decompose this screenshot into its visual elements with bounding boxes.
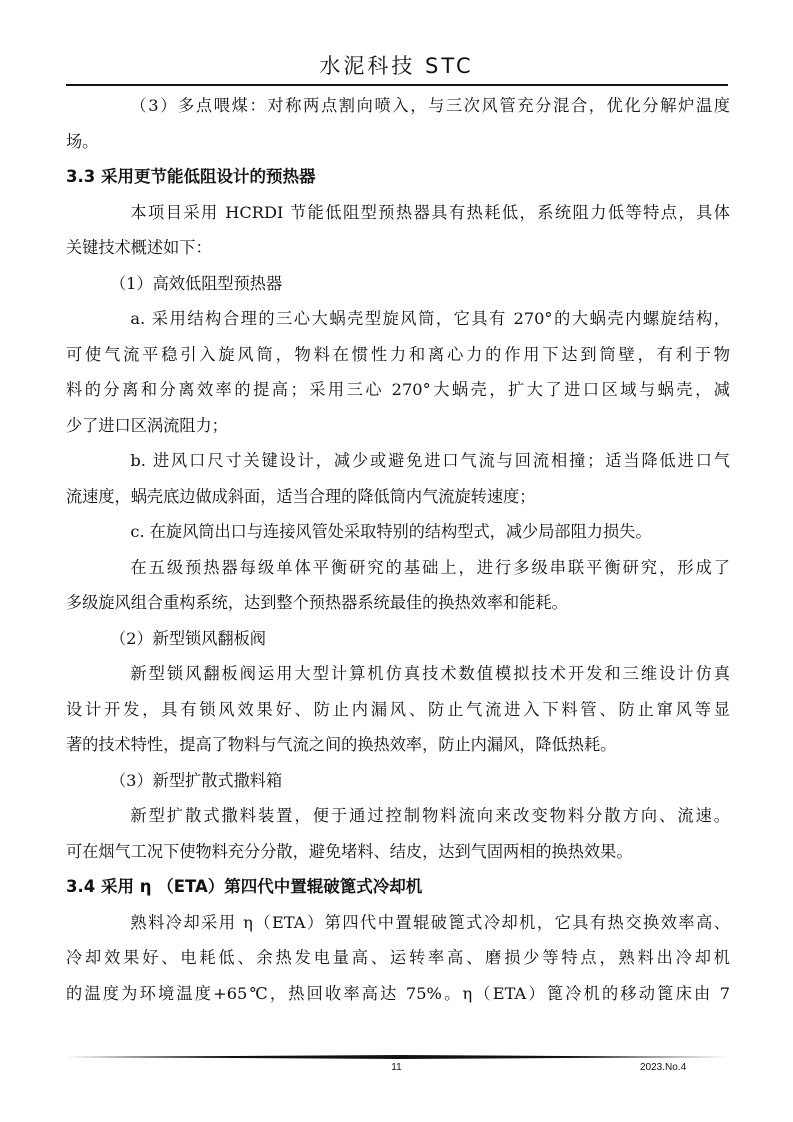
text-line: 多级旋风组合重构系统，达到整个预热器系统最佳的换热效率和能耗。 [66, 585, 730, 621]
text-line: 著的技术特性，提高了物料与气流之间的换热效率，防止内漏风，降低热耗。 [66, 727, 730, 763]
header-rule [66, 84, 728, 86]
text-line: 新型锁风翻板阀运用大型计算机仿真技术数值模拟技术开发和三维设计仿真 [66, 656, 730, 692]
text-line: 可使气流平稳引入旋风筒，物料在惯性力和离心力的作用下达到筒壁，有利于物 [66, 337, 730, 373]
article-body: （3）多点喂煤：对称两点割向喷入，与三次风管充分混合，优化分解炉温度 场。 3.… [66, 88, 730, 1011]
text-line: 少了进口区涡流阻力； [66, 408, 730, 444]
subsection-title: （1）高效低阻型预热器 [66, 266, 730, 302]
text-line: 在五级预热器每级单体平衡研究的基础上，进行多级串联平衡研究，形成了 [66, 550, 730, 586]
text-line: a. 采用结构合理的三心大蜗壳型旋风筒，它具有 270°的大蜗壳内螺旋结构， [66, 301, 730, 337]
text-line: 料的分离和分离效率的提高；采用三心 270°大蜗壳，扩大了进口区域与蜗壳，减 [66, 372, 730, 408]
text-line: b. 进风口尺寸关键设计，减少或避免进口气流与回流相撞；适当降低进口气 [66, 443, 730, 479]
text-line: 可在烟气工况下使物料充分分散，避免堵料、结皮，达到气固两相的换热效果。 [66, 834, 730, 870]
text-line: 的温度为环境温度+65℃，热回收率高达 75%。η（ETA）篦冷机的移动篦床由 … [66, 976, 730, 1012]
section-heading-3-4: 3.4 采用 η （ETA）第四代中置辊破篦式冷却机 [66, 869, 730, 905]
text-line: 本项目采用 HCRDI 节能低阻型预热器具有热耗低，系统阻力低等特点，具体 [66, 195, 730, 231]
text-line: 熟料冷却采用 η（ETA）第四代中置辊破篦式冷却机，它具有热交换效率高、 [66, 905, 730, 941]
text-line: 设计开发，具有锁风效果好、防止内漏风、防止气流进入下料管、防止窜风等显 [66, 692, 730, 728]
text-line: 场。 [66, 124, 730, 160]
text-line: 关键技术概述如下： [66, 230, 730, 266]
subsection-title: （3）新型扩散式撒料箱 [66, 763, 730, 799]
issue-label: 2023.No.4 [640, 1062, 686, 1073]
journal-header: 水泥科技 STC [0, 50, 793, 80]
section-heading-3-3: 3.3 采用更节能低阻设计的预热器 [66, 159, 730, 195]
footer-rule [66, 1055, 728, 1058]
subsection-title: （2）新型锁风翻板阀 [66, 621, 730, 657]
text-line: 冷却效果好、电耗低、余热发电量高、运转率高、磨损少等特点，熟料出冷却机 [66, 940, 730, 976]
text-line: 流速度，蜗壳底边做成斜面，适当合理的降低筒内气流旋转速度； [66, 479, 730, 515]
text-line: 新型扩散式撒料装置，便于通过控制物料流向来改变物料分散方向、流速。 [66, 798, 730, 834]
text-line: （3）多点喂煤：对称两点割向喷入，与三次风管充分混合，优化分解炉温度 [66, 88, 730, 124]
text-line: c. 在旋风筒出口与连接风管处采取特别的结构型式，减少局部阻力损失。 [66, 514, 730, 550]
